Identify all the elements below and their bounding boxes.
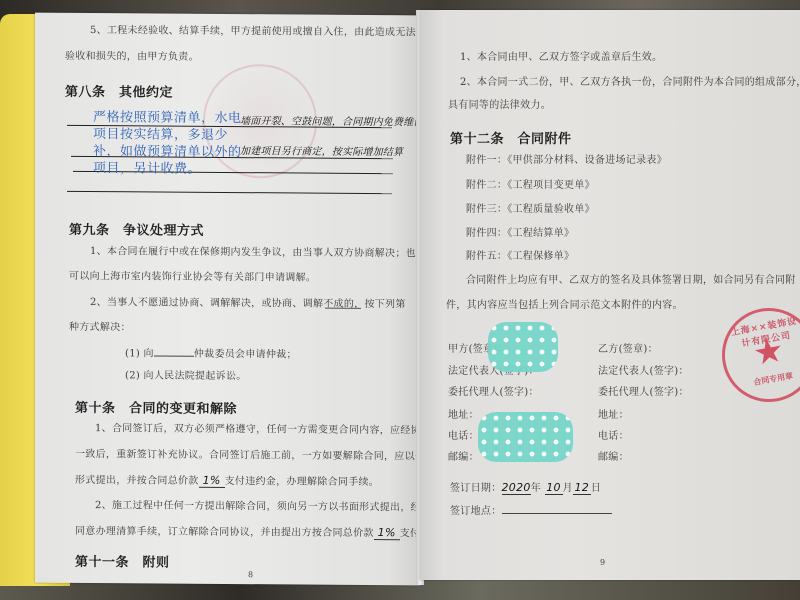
penalty-fill-2: 1% <box>374 527 400 540</box>
handwritten-note-line1: 墙面开裂、空鼓问题，合同期内免费维修 <box>240 112 424 128</box>
party-a-address: 地址： <box>448 410 479 422</box>
para-7-5-line2: 验收和损失的，由甲方负责。 <box>65 51 199 64</box>
sign-date: 签订日期：2020年 10月12日 <box>450 482 601 495</box>
article-9-heading: 第九条 争议处理方式 <box>69 219 204 239</box>
article-10-p2-line1: 2、施工过程中任何一方提出解除合同，须向另一方以书面形式提出，经双方 <box>95 500 442 514</box>
sign-place-label: 签订地点： <box>450 506 502 517</box>
article-9-option-2: (2) 向人民法院提起诉讼。 <box>125 370 247 383</box>
page-number-left: 8 <box>248 570 253 579</box>
article-9-option-1: (1) 向仲裁委员会申请仲裁； <box>125 346 297 361</box>
article-9-p1-line1: 1、本合同在履行中或在保修期内发生争议，由当事人双方协商解决；也 <box>90 246 416 260</box>
sign-date-year: 2020 <box>502 482 531 495</box>
right-page: 1、本合同由甲、乙双方签字或盖章后生效。 2、本合同一式二份，甲、乙双方各执一份… <box>420 10 800 580</box>
page-number-right: 9 <box>600 558 605 567</box>
article-9-p1-line2: 可以向上海市室内装饰行业协会等有关部门申请调解。 <box>69 271 316 285</box>
party-b-phone: 电话： <box>598 431 629 443</box>
article-10-p2-line2: 同意办理清算手续，订立解除合同协议，并由提出方按合同总价款1%支付违约金。 <box>75 525 462 541</box>
article-11-p2-line2: 具有同等的法律效力。 <box>448 100 551 112</box>
article-8-heading: 第八条 其他约定 <box>65 81 173 101</box>
attachment-5: 附件五：《工程保修单》 <box>466 251 574 263</box>
option-1-suffix: 仲裁委员会申请仲裁； <box>194 349 297 361</box>
article-11-heading: 第十一条 附则 <box>75 551 170 571</box>
article-11-p2-line1: 2、本合同一式二份，甲、乙双方各执一份，合同附件为本合同的组成部分， <box>460 77 800 89</box>
article-11-p1: 1、本合同由甲、乙双方签字或盖章后生效。 <box>460 52 662 64</box>
sign-place: 签订地点： <box>450 504 612 518</box>
star-icon: ★ <box>751 333 787 372</box>
sign-place-blank <box>502 504 612 514</box>
article-9-p2-line2: 种方式解决： <box>69 322 131 334</box>
article-10-p1-line3: 形式提出，并按合同总价款1%支付违约金，办理解除合同手续。 <box>75 474 379 489</box>
attachment-2: 附件二：《工程项目变更单》 <box>466 180 595 192</box>
party-a-agent: 委托代理人(签字)： <box>448 387 539 399</box>
redaction-party-a-seal <box>488 322 558 372</box>
attachment-3: 附件三：《工程质量验收单》 <box>466 204 595 216</box>
arbitration-blank <box>154 346 194 356</box>
redaction-party-a-contact <box>478 412 573 462</box>
photo-scene: 5、工程未经验收、结算手续，甲方提前使用或擅自入住，由此造成无法 验收和损失的，… <box>0 0 800 600</box>
year-suffix: 年 <box>531 483 541 494</box>
party-b-agent: 委托代理人(签字)： <box>598 387 689 399</box>
sign-date-day: 12 <box>573 482 591 495</box>
attachment-note-line1: 合同附件上均应有甲、乙双方的签名及具体签署日期，如合同另有合同附 <box>466 275 796 287</box>
option-1-prefix: (1) 向 <box>125 348 154 359</box>
penalty-fill-1: 1% <box>199 475 225 488</box>
article-9-p2-line1: 2、当事人不愿通过协商、调解解决，或协商、调解不成的，按下列第 <box>90 297 406 311</box>
article-10-heading: 第十条 合同的变更和解除 <box>75 397 237 417</box>
handwritten-note-blue: 严格按照预算清单，水电项目按实结算，多退少补，如做预算清单以外的项目，另计收费。 <box>93 109 243 178</box>
left-page: 5、工程未经验收、结算手续，甲方提前使用或擅自入住，由此造成无法 验收和损失的，… <box>35 13 420 586</box>
party-b-label: 乙方(签章)： <box>598 344 658 356</box>
para-7-5-line1: 5、工程未经验收、结算手续，甲方提前使用或擅自入住，由此造成无法 <box>90 25 416 39</box>
party-a-postcode: 邮编： <box>448 452 479 464</box>
article-10-p1-line2: 一致后，重新签订补充协议。合同签订后施工前，一方如要解除合同，应以书面 <box>75 449 436 464</box>
sign-date-month: 10 <box>545 482 563 495</box>
p2-line2-prefix: 同意办理清算手续，订立解除合同协议，并由提出方按合同总价款 <box>75 526 374 539</box>
party-b-legal-rep: 法定代表人(签字)： <box>598 366 689 378</box>
sign-date-label: 签订日期： <box>450 483 502 494</box>
day-suffix: 日 <box>591 483 601 494</box>
p1-line3-suffix: 支付违约金，办理解除合同手续。 <box>225 476 380 488</box>
party-b-address: 地址： <box>598 410 629 422</box>
attachment-1: 附件一：《甲供部分材料、设备进场记录表》 <box>466 155 667 167</box>
attachment-note-line2: 件，其内容应当包括上列合同示范文本附件的内容。 <box>446 300 683 312</box>
article-12-heading: 第十二条 合同附件 <box>450 128 572 147</box>
p1-line3-prefix: 形式提出，并按合同总价款 <box>75 475 199 487</box>
party-b-postcode: 邮编： <box>598 452 629 464</box>
article-10-p1-line1: 1、合同签订后，双方必须严格遵守，任何一方需变更合同内容，应经协商 <box>95 423 431 437</box>
attachment-4: 附件四：《工程结算单》 <box>466 228 574 240</box>
party-a-phone: 电话： <box>448 431 479 443</box>
month-suffix: 月 <box>563 483 573 494</box>
handwritten-note-line2: 加建项目另行商定，按实际增加结算 <box>240 142 403 158</box>
blank-line <box>67 191 392 194</box>
